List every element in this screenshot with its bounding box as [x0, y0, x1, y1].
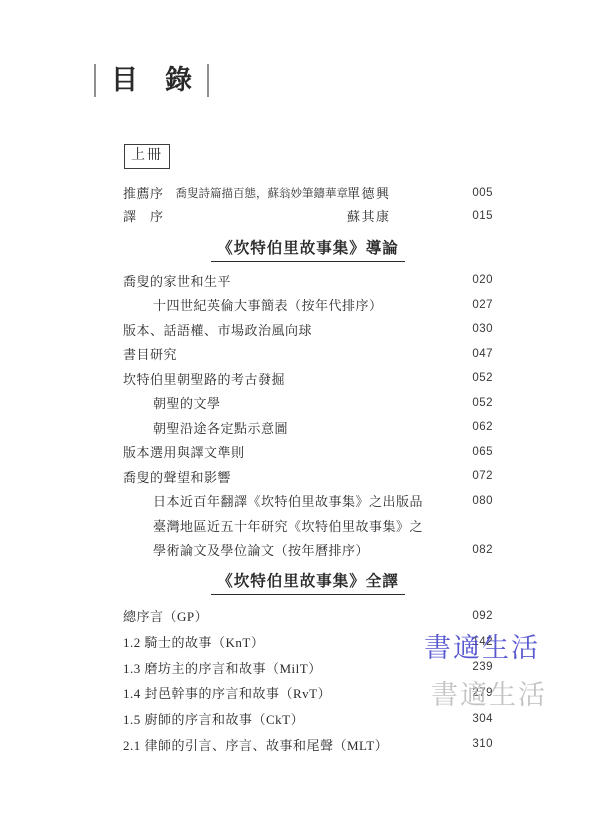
section-items-group: 總序言（GP） 092 1.2 騎士的故事（KnT） 142 1.3 磨坊主的序…	[123, 603, 493, 757]
entry-page-number: 052	[472, 397, 493, 409]
section-heading: 《坎特伯里故事集》導論	[211, 239, 405, 262]
entry-label: 版本選用與譯文準則	[123, 442, 245, 461]
toc-entry: 喬叟的家世和生平 020	[123, 268, 493, 293]
entry-label: 1.2 騎士的故事（KnT）	[123, 632, 264, 651]
entry-label: 推薦序	[123, 183, 164, 202]
entry-label: 喬叟的聲望和影響	[123, 467, 231, 486]
entry-page-number: 065	[472, 446, 493, 458]
toc-entry: 1.3 磨坊主的序言和故事（MilT） 239	[123, 654, 493, 680]
entry-page-number: 020	[472, 274, 493, 286]
entry-page-number: 239	[472, 661, 493, 673]
title-left-bar	[94, 64, 96, 97]
toc-entry: 譯 序 蘇其康 015	[123, 204, 493, 227]
entry-page-number: 005	[472, 187, 493, 199]
entry-label: 譯 序	[123, 206, 164, 225]
entry-label: 十四世紀英倫大事簡表（按年代排序）	[123, 295, 383, 314]
entry-page-number: 304	[472, 713, 493, 725]
toc-entry: 推薦序 喬叟詩篇描百態，蘇翁妙筆鑄華章 單德興 005	[123, 181, 493, 204]
entry-label: 書目研究	[123, 344, 177, 363]
entry-page-number: 082	[472, 544, 493, 556]
entry-label: 臺灣地區近五十年研究《坎特伯里故事集》之	[123, 516, 423, 535]
entry-page-number: 142	[472, 636, 493, 648]
entry-label: 總序言（GP）	[123, 606, 208, 625]
section-items-group: 喬叟的家世和生平 020 十四世紀英倫大事簡表（按年代排序） 027 版本、話語…	[123, 268, 493, 562]
toc-entry: 總序言（GP） 092	[123, 603, 493, 629]
entry-label: 學術論文及學位論文（按年曆排序）	[123, 540, 369, 559]
entry-label: 1.3 磨坊主的序言和故事（MilT）	[123, 658, 322, 677]
toc-entry: 朝聖沿途各定點示意圖 062	[123, 415, 493, 440]
toc-entry: 版本選用與譯文準則 065	[123, 440, 493, 465]
entry-label: 朝聖的文學	[123, 393, 221, 412]
entry-label: 版本、話語權、市場政治風向球	[123, 320, 312, 339]
entry-label: 1.4 封邑幹事的序言和故事（RvT）	[123, 683, 331, 702]
entry-page-number: 092	[472, 610, 493, 622]
entry-author: 蘇其康	[347, 206, 391, 225]
page-title-block: 目 錄	[94, 64, 209, 97]
entry-label: 1.5 廚師的序言和故事（CkT）	[123, 709, 304, 728]
entry-page-number: 310	[472, 738, 493, 750]
toc-entry: 坎特伯里朝聖路的考古發掘 052	[123, 366, 493, 391]
entry-page-number: 080	[472, 495, 493, 507]
toc-entry: 學術論文及學位論文（按年曆排序） 082	[123, 538, 493, 563]
toc-page: 目 錄 上冊 推薦序 喬叟詩篇描百態，蘇翁妙筆鑄華章 單德興 005 譯 序 蘇…	[0, 0, 595, 836]
entry-label: 日本近百年翻譯《坎特伯里故事集》之出版品	[123, 491, 423, 510]
toc-entry: 2.1 律師的引言、序言、故事和尾聲（MLT） 310	[123, 731, 493, 757]
entry-label: 喬叟的家世和生平	[123, 271, 231, 290]
section-heading-wrap: 《坎特伯里故事集》導論	[123, 239, 493, 266]
toc-entry: 1.5 廚師的序言和故事（CkT） 304	[123, 706, 493, 732]
front-matter-group: 推薦序 喬叟詩篇描百態，蘇翁妙筆鑄華章 單德興 005 譯 序 蘇其康 015	[123, 181, 493, 227]
entry-label: 2.1 律師的引言、序言、故事和尾聲（MLT）	[123, 735, 388, 754]
toc-entry: 臺灣地區近五十年研究《坎特伯里故事集》之	[123, 513, 493, 538]
entry-label: 朝聖沿途各定點示意圖	[123, 418, 288, 437]
toc-entry: 1.4 封邑幹事的序言和故事（RvT） 279	[123, 680, 493, 706]
entry-page-number: 015	[472, 210, 493, 222]
toc-entry: 版本、話語權、市場政治風向球 030	[123, 317, 493, 342]
entry-subtitle: 喬叟詩篇描百態，蘇翁妙筆鑄華章	[176, 185, 349, 201]
toc-list: 推薦序 喬叟詩篇描百態，蘇翁妙筆鑄華章 單德興 005 譯 序 蘇其康 015 …	[123, 181, 493, 757]
toc-entry: 日本近百年翻譯《坎特伯里故事集》之出版品 080	[123, 489, 493, 514]
entry-label: 坎特伯里朝聖路的考古發掘	[123, 369, 285, 388]
entry-page-number: 047	[472, 348, 493, 360]
toc-entry: 十四世紀英倫大事簡表（按年代排序） 027	[123, 293, 493, 318]
entry-page-number: 052	[472, 372, 493, 384]
toc-entry: 朝聖的文學 052	[123, 391, 493, 416]
toc-entry: 書目研究 047	[123, 342, 493, 367]
entry-page-number: 027	[472, 299, 493, 311]
title-right-bar	[207, 64, 209, 97]
toc-entry: 喬叟的聲望和影響 072	[123, 464, 493, 489]
entry-page-number: 072	[472, 470, 493, 482]
entry-page-number: 030	[472, 323, 493, 335]
toc-entry: 1.2 騎士的故事（KnT） 142	[123, 629, 493, 655]
entry-author: 單德興	[347, 183, 391, 202]
page-title: 目 錄	[111, 64, 192, 97]
volume-badge: 上冊	[124, 144, 170, 169]
entry-page-number: 279	[472, 687, 493, 699]
section-heading-wrap: 《坎特伯里故事集》全譯	[123, 572, 493, 599]
section-heading: 《坎特伯里故事集》全譯	[211, 572, 405, 595]
entry-page-number: 062	[472, 421, 493, 433]
